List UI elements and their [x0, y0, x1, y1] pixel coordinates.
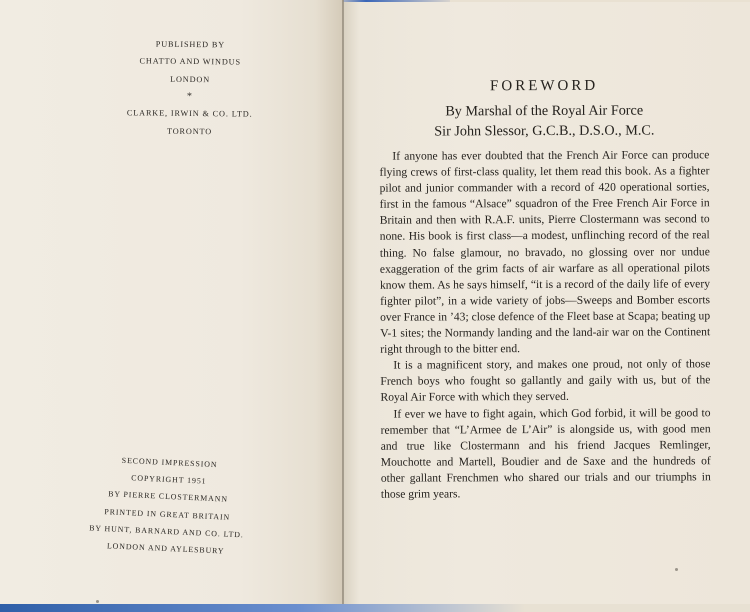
left-page: PUBLISHED BY CHATTO AND WINDUS LONDON * … [0, 0, 343, 606]
imprint-line: CHATTO AND WINDUS [95, 52, 285, 71]
foreword-body: If anyone has ever doubted that the Fren… [379, 147, 711, 502]
imprint-line: LONDON [95, 70, 285, 89]
foreword-title: FOREWORD [379, 77, 709, 95]
paragraph: It is a magnificent story, and makes one… [380, 356, 710, 406]
paper-speck [675, 568, 678, 571]
star-ornament-icon: * [95, 87, 285, 106]
foreword-section: FOREWORD By Marshal of the Royal Air For… [379, 77, 711, 502]
colophon: SECOND IMPRESSION COPYRIGHT 1951 BY PIER… [55, 449, 279, 562]
paragraph: If anyone has ever doubted that the Fren… [379, 147, 710, 358]
imprint-line: TORONTO [94, 122, 284, 141]
book-spine [342, 0, 344, 612]
publisher-imprint: PUBLISHED BY CHATTO AND WINDUS LONDON * … [94, 35, 285, 141]
imprint-line: PUBLISHED BY [95, 35, 285, 54]
background-surface-bottom [0, 604, 750, 612]
paragraph: If ever we have to fight again, which Go… [381, 405, 711, 503]
paper-speck [96, 600, 99, 603]
byline-name: Sir John Slessor, G.C.B., D.S.O., M.C. [379, 120, 709, 141]
imprint-line: CLARKE, IRWIN & CO. LTD. [95, 104, 285, 123]
byline-rank: By Marshal of the Royal Air Force [379, 100, 709, 121]
